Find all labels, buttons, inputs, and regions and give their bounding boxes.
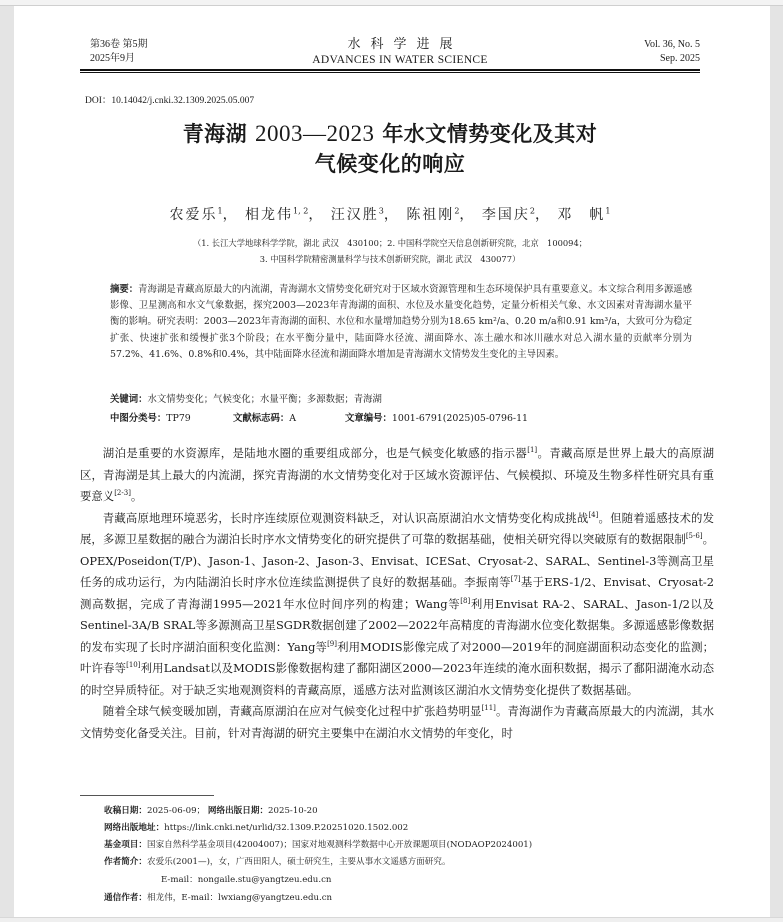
body-text: 湖泊是重要的水资源库，是陆地水圈的重要组成部分，也是气候变化敏感的指示器[1]。… <box>80 443 714 744</box>
title-line-2: 气候变化的响应 <box>60 149 720 179</box>
citation[interactable]: [1] <box>527 446 537 454</box>
volume-issue-cn: 第36卷 第5期 <box>90 38 148 52</box>
author: 汪汉胜3 <box>331 207 384 223</box>
author-name: 相龙伟 <box>245 207 293 223</box>
date-en: Sep. 2025 <box>644 52 700 66</box>
citation[interactable]: [9] <box>327 640 337 648</box>
author-affiliation-mark: 3 <box>379 206 384 215</box>
citation[interactable]: [5-6] <box>686 532 703 540</box>
paper-title: 青海湖 2003—2023 年水文情势变化及其对 气候变化的响应 <box>60 119 720 179</box>
clc-number: 中图分类号：TP79 <box>110 410 191 424</box>
text: 青藏高原地理环境恶劣，长时序连续原位观测资料缺乏，对认识高原湖泊水文情势变化构成… <box>103 511 589 525</box>
article-number-value: 1001-6791(2025)05-0796-11 <box>392 413 528 424</box>
clc-label: 中图分类号： <box>110 413 166 424</box>
affiliation-line-2: 3. 中国科学院精密测量科学与技术创新研究院，湖北 武汉 430077） <box>60 253 720 265</box>
text: 随着全球气候变暖加剧，青藏高原湖泊在应对气候变化过程中扩张趋势明显 <box>103 704 482 718</box>
corresponding-author-value[interactable]: 相龙伟，E-mail：lwxiang@yangtzeu.edu.cn <box>147 893 332 903</box>
journal-name-cn: 水科学进展 <box>220 36 580 52</box>
footnote-divider <box>80 795 214 796</box>
online-date-label: 网络出版日期： <box>208 806 268 816</box>
author-affiliation-mark: 1, 2 <box>293 206 308 215</box>
author-bio-label: 作者简介： <box>104 857 147 867</box>
author: 陈祖刚2 <box>406 207 459 223</box>
author-name: 汪汉胜 <box>331 207 379 223</box>
author: 农爱乐1 <box>170 207 223 223</box>
paragraph-2: 青藏高原地理环境恶劣，长时序连续原位观测资料缺乏，对认识高原湖泊水文情势变化构成… <box>80 508 714 702</box>
author-name: 陈祖刚 <box>406 207 454 223</box>
title-years: 2003—2023 <box>255 121 375 146</box>
funding-label: 基金项目： <box>104 840 147 850</box>
citation[interactable]: [4] <box>588 511 598 519</box>
abstract-text: 青海湖是青藏高原最大的内流湖，青海湖水文情势变化研究对于区域水资源管理和生态环境… <box>110 284 692 360</box>
author-affiliation-mark: 2 <box>454 206 459 215</box>
volume-issue-en: Vol. 36, No. 5 <box>644 38 700 52</box>
text: 湖泊是重要的水资源库，是陆地水圈的重要组成部分，也是气候变化敏感的指示器 <box>103 446 527 460</box>
journal-issue-en: Vol. 36, No. 5 Sep. 2025 <box>644 38 700 66</box>
document-page: 第36卷 第5期 2025年9月 水科学进展 ADVANCES IN WATER… <box>14 6 770 917</box>
author: 邓 帆1 <box>557 207 610 223</box>
document-code-value: A <box>289 413 296 424</box>
affiliation-line-1: （1. 长江大学地球科学学院，湖北 武汉 430100；2. 中国科学院空天信息… <box>60 237 720 249</box>
paragraph-3: 随着全球气候变暖加剧，青藏高原湖泊在应对气候变化过程中扩张趋势明显[11]。青海… <box>80 701 714 744</box>
header-rule-thin <box>80 72 700 73</box>
online-url-link[interactable]: https://link.cnki.net/urlid/32.1309.P.20… <box>164 823 408 833</box>
citation[interactable]: [8] <box>460 597 470 605</box>
footnote-dates: 收稿日期：2025-06-09； 网络出版日期：2025-10-20 <box>104 803 318 820</box>
journal-name-en: ADVANCES IN WATER SCIENCE <box>220 52 580 68</box>
document-code-label: 文献标志码： <box>233 413 289 424</box>
journal-issue-cn: 第36卷 第5期 2025年9月 <box>90 38 148 66</box>
author: 相龙伟1, 2 <box>245 207 308 223</box>
text: 利用Landsat以及MODIS影像数据构建了鄱阳湖区2000—2023年连续的… <box>80 661 714 697</box>
abstract-label: 摘要： <box>110 284 138 295</box>
abstract: 摘要：青海湖是青藏高原最大的内流湖，青海湖水文情势变化研究对于区域水资源管理和生… <box>110 282 692 363</box>
author-affiliation-mark: 1 <box>218 206 223 215</box>
title-line-1: 青海湖 2003—2023 年水文情势变化及其对 <box>60 119 720 149</box>
title-part: 年水文情势变化及其对 <box>382 122 597 146</box>
article-number: 文章编号：1001-6791(2025)05-0796-11 <box>345 410 528 424</box>
author-name: 邓 帆 <box>557 207 605 223</box>
footnote-url: 网络出版地址：https://link.cnki.net/urlid/32.13… <box>104 820 408 837</box>
citation[interactable]: [7] <box>511 575 521 583</box>
doi[interactable]: DOI：10.14042/j.cnki.32.1309.2025.05.007 <box>85 92 254 106</box>
keywords: 关键词：水文情势变化；气候变化；水量平衡；多源数据；青海湖 <box>110 391 382 405</box>
funding-value: 国家自然科学基金项目(42004007)；国家对地观测科学数据中心开放课题项目(… <box>147 840 532 850</box>
footnote-author-bio: 作者简介：农爱乐(2001—)，女，广西田阳人，硕士研究生，主要从事水文遥感方面… <box>104 854 451 871</box>
document-code: 文献标志码：A <box>233 410 296 424</box>
footnote-funding: 基金项目：国家自然科学基金项目(42004007)；国家对地观测科学数据中心开放… <box>104 837 532 854</box>
header-rule-thick <box>80 69 700 71</box>
received-label: 收稿日期： <box>104 806 147 816</box>
author-list: 农爱乐1， 相龙伟1, 2， 汪汉胜3， 陈祖刚2， 李国庆2， 邓 帆1 <box>60 204 720 224</box>
online-date-value: 2025-10-20 <box>268 806 318 816</box>
author-bio-value: 农爱乐(2001—)，女，广西田阳人，硕士研究生，主要从事水文遥感方面研究。 <box>147 857 451 867</box>
author-affiliation-mark: 2 <box>530 206 535 215</box>
author-name: 农爱乐 <box>170 207 218 223</box>
keywords-text: 水文情势变化；气候变化；水量平衡；多源数据；青海湖 <box>148 394 382 405</box>
paragraph-1: 湖泊是重要的水资源库，是陆地水圈的重要组成部分，也是气候变化敏感的指示器[1]。… <box>80 443 714 508</box>
keywords-label: 关键词： <box>110 394 148 405</box>
received-value: 2025-06-09； <box>147 806 205 816</box>
author-affiliation-mark: 1 <box>605 206 610 215</box>
viewer-bottom-bar <box>0 917 783 922</box>
corresponding-author-label: 通信作者： <box>104 893 147 903</box>
citation[interactable]: [10] <box>126 661 140 669</box>
journal-name: 水科学进展 ADVANCES IN WATER SCIENCE <box>220 36 580 68</box>
author-email[interactable]: E-mail：nongaile.stu@yangtzeu.edu.cn <box>161 872 331 889</box>
author-name: 李国庆 <box>482 207 530 223</box>
online-url-label: 网络出版地址： <box>104 823 164 833</box>
citation[interactable]: [11] <box>482 704 496 712</box>
article-number-label: 文章编号： <box>345 413 392 424</box>
citation[interactable]: [2-3] <box>114 489 131 497</box>
title-part: 青海湖 <box>183 122 248 146</box>
author: 李国庆2 <box>482 207 535 223</box>
text: 。 <box>131 489 142 503</box>
clc-value: TP79 <box>166 413 191 424</box>
date-cn: 2025年9月 <box>90 52 148 66</box>
footnote-corresponding-author: 通信作者：相龙伟，E-mail：lwxiang@yangtzeu.edu.cn <box>104 890 332 907</box>
